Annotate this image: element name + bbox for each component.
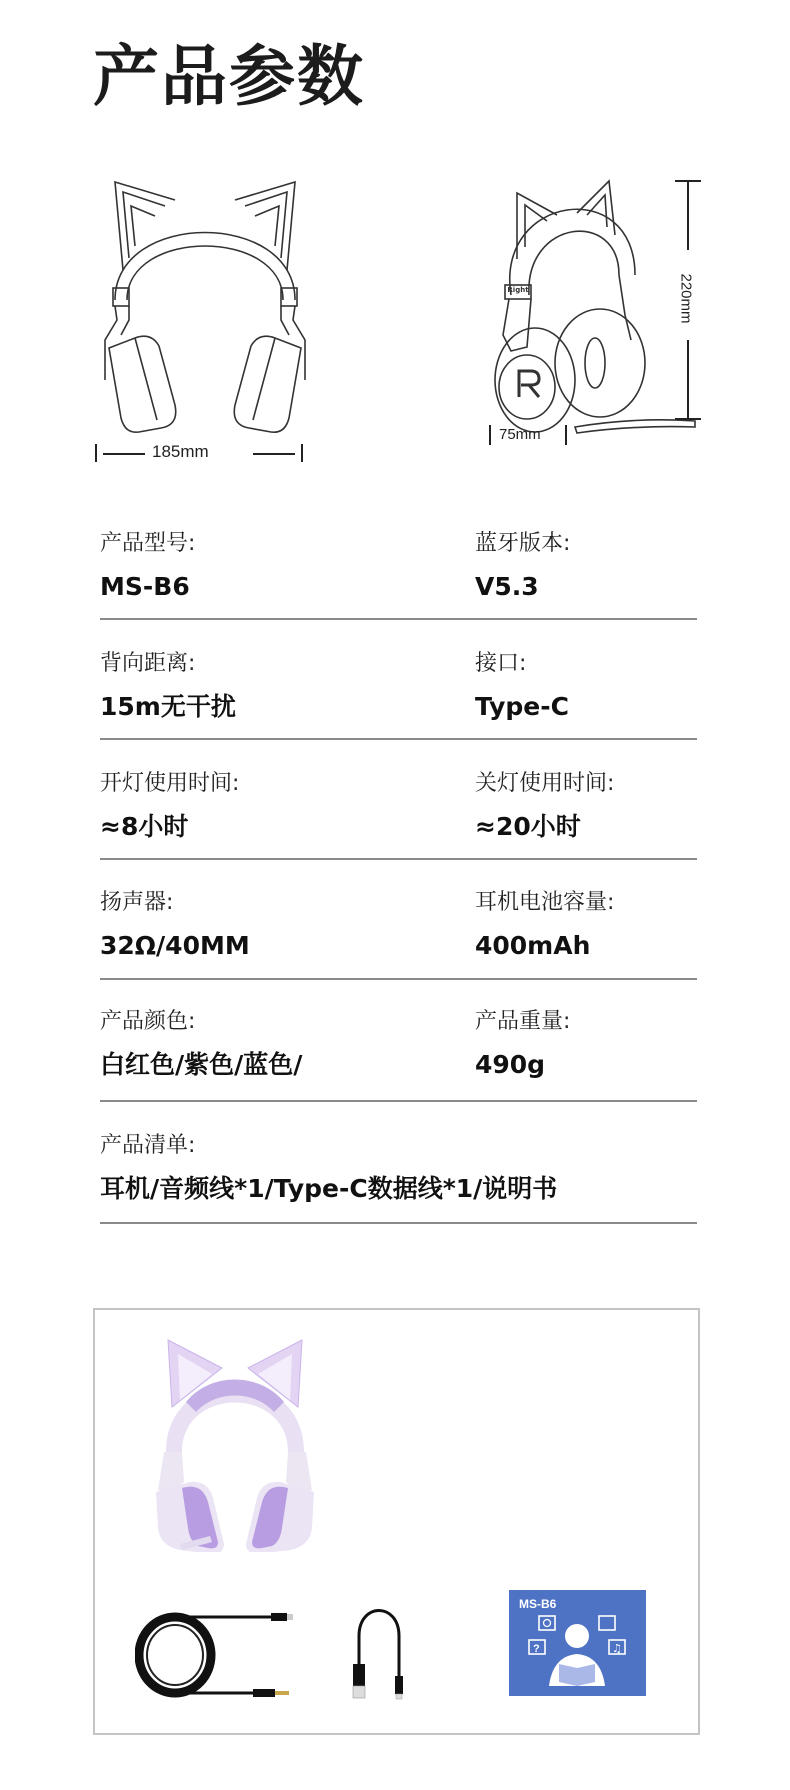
svg-text:?: ?: [533, 1643, 540, 1655]
spec-value: ≈8小时: [100, 810, 239, 844]
package-contents-box: MS-B6 ? ♫: [93, 1308, 700, 1735]
spec-label: 产品型号:: [100, 530, 195, 558]
depth-label: 75mm: [499, 426, 541, 443]
audio-cable-image: [135, 1610, 305, 1700]
spec-row-range: 背向距离: 15m无干扰 接口: Type-C: [100, 650, 697, 740]
spec-battery: 耳机电池容量: 400mAh: [475, 889, 614, 963]
width-dimension: 185mm: [95, 444, 275, 464]
depth-dimension: 75mm: [489, 425, 579, 447]
spec-value: 耳机/音频线*1/Type-C数据线*1/说明书: [100, 1172, 557, 1206]
spec-label: 产品清单:: [100, 1132, 557, 1160]
spec-range: 背向距离: 15m无干扰: [100, 650, 236, 724]
spec-label: 耳机电池容量:: [475, 889, 614, 917]
spec-label: 扬声器:: [100, 889, 250, 917]
headphones-front-drawing: [95, 170, 315, 440]
spec-label: 背向距离:: [100, 650, 236, 678]
spec-package-list: 产品清单: 耳机/音频线*1/Type-C数据线*1/说明书: [100, 1132, 557, 1206]
spec-lights-off-time: 关灯使用时间: ≈20小时: [475, 770, 614, 844]
spec-value: Type-C: [475, 690, 569, 724]
spec-label: 产品重量:: [475, 1008, 570, 1036]
spec-label: 蓝牙版本:: [475, 530, 570, 558]
spec-bluetooth-version: 蓝牙版本: V5.3: [475, 530, 570, 604]
spec-label: 关灯使用时间:: [475, 770, 614, 798]
svg-text:♫: ♫: [612, 1642, 622, 1655]
spec-label: 接口:: [475, 650, 569, 678]
width-label: 185mm: [152, 442, 209, 462]
dimension-line-top: [687, 180, 689, 250]
dimension-tick-right: [565, 425, 567, 445]
dimension-tick-left: [95, 444, 97, 462]
dimension-line-bottom: [687, 340, 689, 418]
spec-value: 490g: [475, 1048, 570, 1082]
spec-value: MS-B6: [100, 570, 195, 604]
spec-lights-on-time: 开灯使用时间: ≈8小时: [100, 770, 239, 844]
headphones-purple-image: [150, 1332, 320, 1552]
spec-value: 32Ω/40MM: [100, 929, 250, 963]
spec-speaker: 扬声器: 32Ω/40MM: [100, 889, 250, 963]
page-title: 产品参数: [93, 44, 365, 110]
dimension-tick-left: [489, 425, 491, 445]
manual-image: MS-B6 ? ♫: [509, 1590, 646, 1696]
spec-value: 白红色/紫色/蓝色/: [100, 1048, 302, 1082]
spec-weight: 产品重量: 490g: [475, 1008, 570, 1082]
side-marker-label: Right: [505, 286, 531, 294]
headphones-side-diagram: Right 75mm 220mm: [485, 175, 715, 465]
dimension-line-left: [103, 453, 145, 455]
dimension-line-right: [253, 453, 295, 455]
spec-row-color-weight: 产品颜色: 白红色/紫色/蓝色/ 产品重量: 490g: [100, 1008, 697, 1102]
type-c-cable-image: [345, 1606, 415, 1706]
spec-row-usage-time: 开灯使用时间: ≈8小时 关灯使用时间: ≈20小时: [100, 770, 697, 860]
spec-row-model: 产品型号: MS-B6 蓝牙版本: V5.3: [100, 530, 697, 620]
spec-row-package-list: 产品清单: 耳机/音频线*1/Type-C数据线*1/说明书: [100, 1132, 697, 1224]
spec-model: 产品型号: MS-B6: [100, 530, 195, 604]
connect-icon: [599, 1616, 615, 1630]
spec-interface: 接口: Type-C: [475, 650, 569, 724]
headphones-front-diagram: 185mm: [95, 170, 315, 460]
manual-illustration: ? ♫: [509, 1590, 646, 1696]
spec-value: 400mAh: [475, 929, 614, 963]
power-icon: [539, 1616, 555, 1630]
spec-label: 产品颜色:: [100, 1008, 302, 1036]
spec-color: 产品颜色: 白红色/紫色/蓝色/: [100, 1008, 302, 1082]
dimension-cap-bottom: [675, 418, 701, 420]
dimension-tick-right: [301, 444, 303, 462]
spec-row-speaker-battery: 扬声器: 32Ω/40MM 耳机电池容量: 400mAh: [100, 889, 697, 980]
height-dimension: 220mm: [675, 180, 705, 420]
spec-label: 开灯使用时间:: [100, 770, 239, 798]
height-label: 220mm: [678, 273, 695, 323]
spec-value: 15m无干扰: [100, 690, 236, 724]
spec-value: V5.3: [475, 570, 570, 604]
spec-value: ≈20小时: [475, 810, 614, 844]
